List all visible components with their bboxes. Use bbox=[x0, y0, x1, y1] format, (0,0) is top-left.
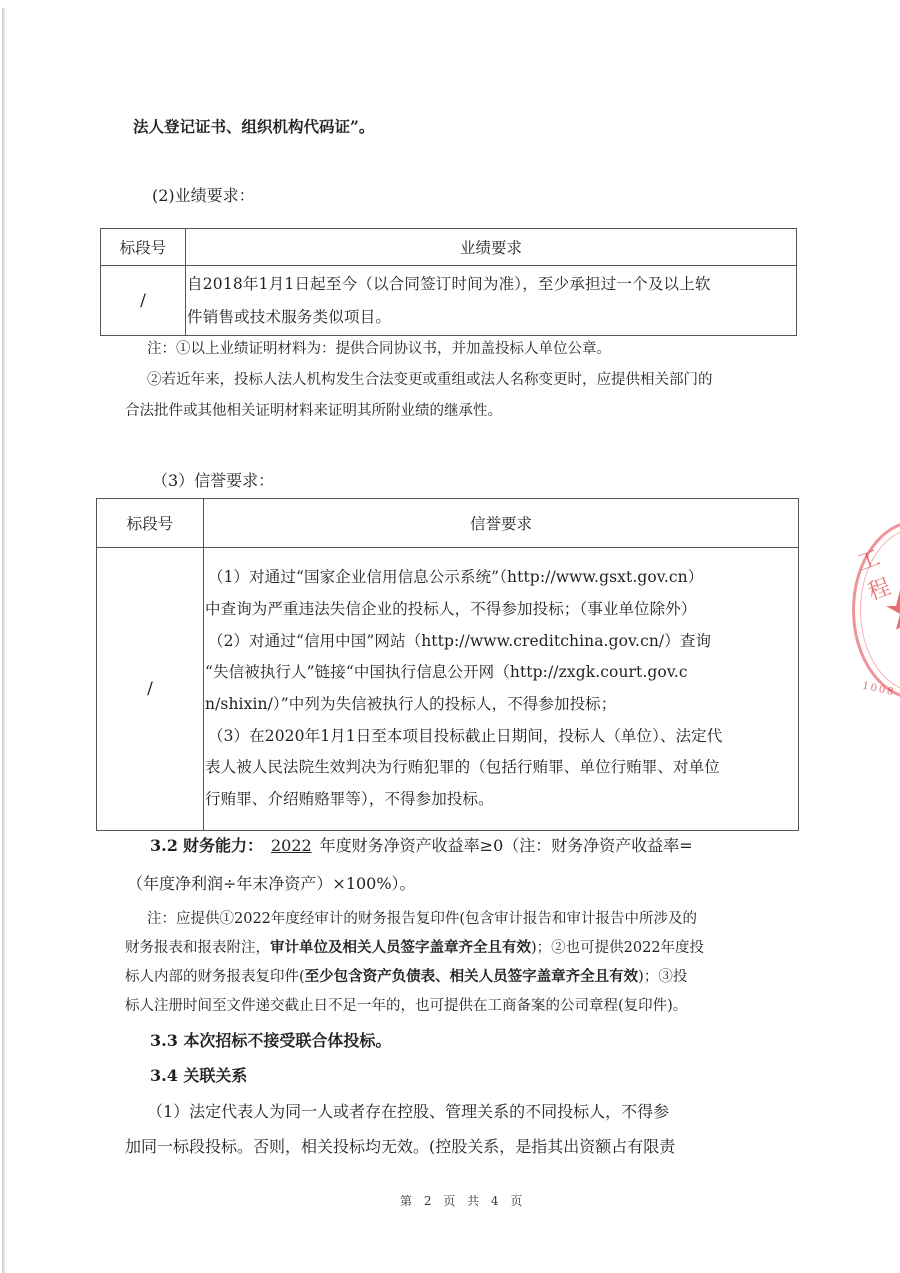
section-3-4-line-2: 加同一标段投标。否则，相关投标均无效。(控股关系，是指其出资额占有限责 bbox=[125, 1137, 675, 1157]
financial-requirement-text: 年度财务净资产收益率≥0（注：财务净资产收益率= bbox=[320, 836, 693, 855]
page-number: 第 2 页 共 4 页 bbox=[400, 1192, 526, 1209]
continuation-line: 法人登记证书、组织机构代码证”。 bbox=[133, 117, 374, 137]
financial-note-line-2: 财务报表和报表附注，审计单位及相关人员签字盖章齐全且有效)；②也可提供2022年… bbox=[125, 938, 704, 958]
credit-requirement-cell: （1）对通过“国家企业信用信息公示系统”（http://www.gsxt.gov… bbox=[204, 548, 799, 831]
financial-note-line-4: 标人注册时间至文件递交截止日不足一年的，也可提供在工商备案的公司章程(复印件)。 bbox=[125, 996, 687, 1016]
section-3-4-heading: 3.4 关联关系 bbox=[150, 1066, 247, 1086]
requirement-line: （3）在2020年1月1日至本项目投标截止日期间，投标人（单位）、法定代 bbox=[204, 721, 798, 753]
requirement-line: （1）对通过“国家企业信用信息公示系统”（http://www.gsxt.gov… bbox=[204, 562, 798, 594]
scan-edge bbox=[2, 8, 5, 1273]
note-text: )；②也可提供2022年度投 bbox=[531, 940, 704, 956]
credit-heading: （3）信誉要求： bbox=[152, 471, 274, 491]
note-text: 标人内部的财务报表复印件( bbox=[125, 969, 305, 985]
requirement-line: 中查询为严重违法失信企业的投标人，不得参加投标；（事业单位除外） bbox=[204, 594, 798, 626]
header-credit-requirement: 信誉要求 bbox=[204, 499, 799, 548]
requirement-line: “失信被执行人”链接“中国执行信息公开网（http://zxgk.court.g… bbox=[204, 657, 798, 689]
header-lot-number: 标段号 bbox=[97, 499, 204, 548]
financial-capability-label: 财务能力： bbox=[183, 836, 263, 855]
lot-number-cell: / bbox=[101, 266, 186, 336]
requirement-line: 自2018年1月1日起至今（以合同签订时间为准），至少承担过一个及以上软 bbox=[186, 268, 796, 301]
header-performance-requirement: 业绩要求 bbox=[186, 229, 797, 266]
performance-note-1: 注：①以上业绩证明材料为：提供合同协议书，并加盖投标人单位公章。 bbox=[147, 339, 611, 359]
performance-table: 标段号 业绩要求 / 自2018年1月1日起至今（以合同签订时间为准），至少承担… bbox=[100, 228, 797, 336]
performance-requirement-cell: 自2018年1月1日起至今（以合同签订时间为准），至少承担过一个及以上软 件销售… bbox=[186, 266, 797, 336]
section-3-3: 3.3 本次招标不接受联合体投标。 bbox=[150, 1031, 391, 1051]
financial-note-line-3: 标人内部的财务报表复印件(至少包含资产负债表、相关人员签字盖章齐全且有效)；③投 bbox=[125, 967, 687, 987]
performance-note-2: ②若近年来，投标人法人机构发生合法变更或重组或法人名称变更时，应提供相关部门的 bbox=[147, 370, 713, 390]
section-number: 3.2 bbox=[150, 836, 178, 855]
financial-capability-line: 3.2 财务能力：2022年度财务净资产收益率≥0（注：财务净资产收益率= bbox=[150, 836, 693, 856]
note-emphasis: 至少包含资产负债表、相关人员签字盖章齐全且有效 bbox=[305, 968, 639, 985]
note-text: 财务报表和报表附注， bbox=[125, 940, 270, 956]
credit-table-header: 标段号 信誉要求 bbox=[97, 499, 799, 548]
seal-star-icon bbox=[868, 586, 900, 636]
table-row: / （1）对通过“国家企业信用信息公示系统”（http://www.gsxt.g… bbox=[97, 548, 799, 831]
financial-note-line-1: 注：应提供①2022年度经审计的财务报告复印件(包含审计报告和审计报告中所涉及的 bbox=[147, 909, 697, 929]
header-lot-number: 标段号 bbox=[101, 229, 186, 266]
requirement-line: 件销售或技术服务类似项目。 bbox=[186, 301, 796, 334]
lot-number-cell: / bbox=[97, 548, 204, 831]
table-row: / 自2018年1月1日起至今（以合同签订时间为准），至少承担过一个及以上软 件… bbox=[101, 266, 797, 336]
section-3-4-line-1: （1）法定代表人为同一人或者存在控股、管理关系的不同投标人，不得参 bbox=[147, 1102, 669, 1122]
performance-heading: (2)业绩要求： bbox=[152, 186, 255, 206]
credit-table: 标段号 信誉要求 / （1）对通过“国家企业信用信息公示系统”（http://w… bbox=[96, 498, 799, 831]
note-emphasis: 审计单位及相关人员签字盖章齐全且有效 bbox=[270, 939, 531, 956]
performance-note-3: 合法批件或其他相关证明材料来证明其所附业绩的继承性。 bbox=[125, 401, 502, 421]
requirement-line: （2）对通过“信用中国”网站（http://www.creditchina.go… bbox=[204, 626, 798, 658]
requirement-line: n/shixin/）”中列为失信被执行人的投标人，不得参加投标； bbox=[204, 689, 798, 721]
note-text: )；③投 bbox=[638, 969, 687, 985]
financial-year-field: 2022 bbox=[263, 836, 320, 855]
financial-formula-line: （年度净利润÷年末净资产）×100%）。 bbox=[127, 874, 416, 894]
performance-table-header: 标段号 业绩要求 bbox=[101, 229, 797, 266]
requirement-line: 表人被人民法院生效判决为行贿犯罪的（包括行贿罪、单位行贿罪、对单位 bbox=[204, 752, 798, 784]
requirement-line: 行贿罪、介绍贿赂罪等），不得参加投标。 bbox=[204, 784, 798, 816]
